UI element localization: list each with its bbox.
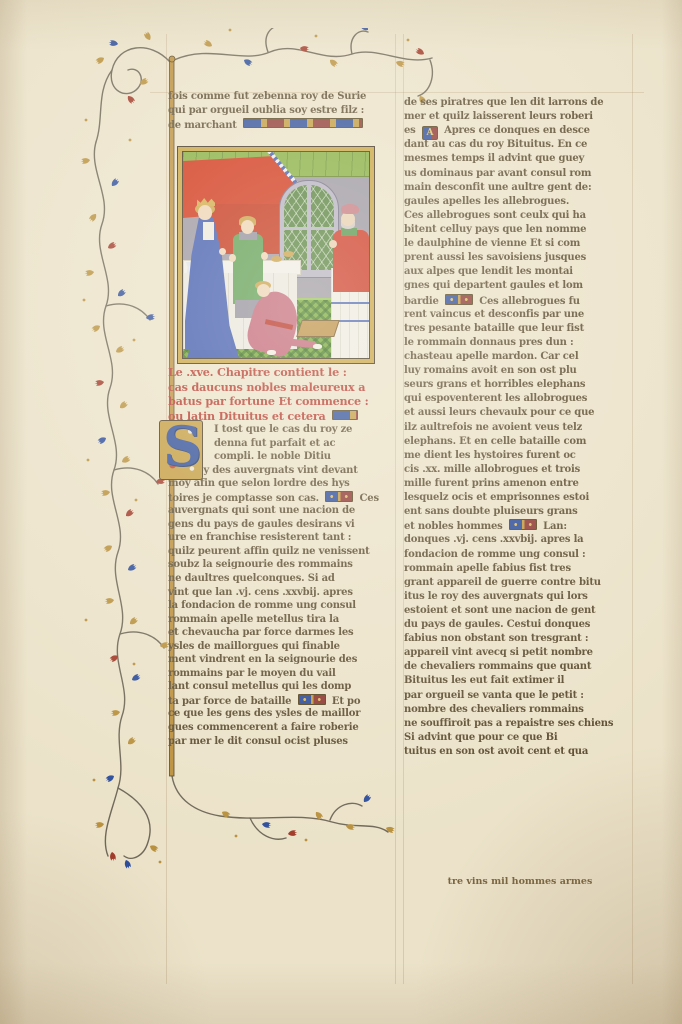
text-run: bitent celluy pays que len nomme — [404, 224, 586, 235]
text-line: le rommain donnaus pres dun : — [404, 336, 634, 350]
line-filler — [332, 410, 358, 420]
text-line: de chevaliers rommains que quant — [404, 660, 634, 674]
text-run: ment vindrent en la seignourie des — [168, 654, 357, 665]
text-run: Apres ce donques en desce — [441, 125, 590, 136]
text-line: soubz la seignourie des rommains — [168, 558, 394, 572]
text-run: lesquelz ocis et emprisonnes estoi — [404, 492, 589, 503]
text-line: seurs grans et horribles elephans — [404, 378, 634, 392]
red-lord-collar — [341, 228, 357, 236]
text-line: dant au cas du roy Bituitus. En ce — [404, 138, 634, 152]
text-line: grant appareil de guerre contre bitu — [404, 576, 634, 590]
text-run: ce que les gens des ysles de maillor — [168, 708, 360, 719]
red-lord-face — [341, 212, 355, 226]
paraph-mark — [509, 519, 537, 530]
text-line: lesquelz ocis et emprisonnes estoi — [404, 491, 634, 505]
text-line: vint que lan .vj. cens .xxvbij. apres — [168, 586, 394, 600]
text-line: rommain apelle metellus tira la — [168, 613, 394, 627]
text-line: la fondacion de romme ung consul — [168, 599, 394, 613]
text-run: gnes qui departent gaules et lom — [404, 280, 583, 291]
bread-loaf — [271, 256, 282, 262]
text-run: ne souffiroit pas a repaistre ses chiens — [404, 718, 613, 729]
text-line: par mer le dit consul ocist pluses — [168, 735, 394, 749]
text-line: de marchant — [168, 118, 394, 132]
text-line: toires je comptasse son cas. Ces — [168, 491, 394, 505]
text-run: de marchant — [168, 120, 240, 131]
text-run: cis .xx. mille allobrogues et trois — [404, 464, 580, 475]
text-run: ta par force de bataille — [168, 696, 295, 707]
text-line: ysles de maillorgues qui finable — [168, 640, 394, 654]
text-run: lant consul metellus qui les domp — [168, 681, 351, 692]
text-line: rent vaincus et desconfis par une — [404, 308, 634, 322]
text-line: qui par orgueil oublia soy estre filz : — [168, 104, 394, 118]
text-run: vint que lan .vj. cens .xxvbij. apres — [168, 587, 353, 598]
text-run: gues commencerent a faire roberie — [168, 722, 359, 733]
manuscript-page: fois comme fut zebenna roy de Suriequi p… — [0, 0, 682, 1024]
text-line: mer et quilz laisserent leurs roberi — [404, 110, 634, 124]
text-line: rommain apelle fabius fist tres — [404, 562, 634, 576]
text-run: par orgueil se vanta que le petit : — [404, 690, 584, 701]
text-run: Ces allebrogues sont ceulx qui ha — [404, 210, 586, 221]
text-line: batus par fortune Et commence : — [168, 394, 394, 409]
text-run: seurs grans et horribles elephans — [404, 379, 585, 390]
text-run: soubz la seignourie des rommains — [168, 559, 353, 570]
paraph-mark — [445, 294, 473, 305]
courtier-hand — [261, 252, 268, 260]
text-run: elephans. Et en celle bataille com — [404, 436, 586, 447]
catchword: tre vins mil hommes armes — [430, 876, 610, 887]
text-line: mille furent prins amenon entre — [404, 477, 634, 491]
text-line: gens du pays de gaules desirans vi — [168, 518, 394, 532]
text-line: elephans. Et en celle bataille com — [404, 435, 634, 449]
text-run: chasteau apelle mardon. Car cel — [404, 351, 578, 362]
text-line: rommains par le moyen du vail — [168, 667, 394, 681]
text-line: appareil vint avecq si petit nombre — [404, 646, 634, 660]
text-line: donques .vj. cens .xxvbij. apres la — [404, 533, 634, 547]
text-run: rommain apelle metellus tira la — [168, 614, 339, 625]
red-lord-figure — [333, 230, 369, 292]
text-run: denna fut parfait et ac — [214, 438, 335, 449]
text-line: ent sans doubte pluiseurs grans — [404, 505, 634, 519]
text-run: aux alpes que lendit les montai — [404, 266, 573, 277]
servant-foot — [267, 350, 276, 355]
text-line: et nobles hommes Lan: — [404, 519, 634, 533]
line-filler — [243, 118, 363, 128]
text-line: du pays de gaules. Cestui donques — [404, 618, 634, 632]
text-run: grant appareil de guerre contre bitu — [404, 577, 601, 588]
text-line: estoient et sont une nacion de gent — [404, 604, 634, 618]
text-line: prent aussi les savoisiens jusques — [404, 251, 634, 265]
text-run: qui par orgueil oublia soy estre filz : — [168, 105, 364, 116]
window-transom — [284, 227, 334, 230]
text-run: rommains par le moyen du vail — [168, 668, 336, 679]
initial-letter: S — [163, 414, 202, 478]
red-lord-hand — [329, 240, 337, 248]
text-line: luy romains avoit en son ost plu — [404, 364, 634, 378]
text-line: par orgueil se vanta que le petit : — [404, 689, 634, 703]
text-line: auvergnats qui sont une nacion de — [168, 504, 394, 518]
text-run: de ses piratres que len dit larrons de — [404, 97, 603, 108]
servant-head — [257, 284, 270, 297]
text-line: le daulphine de vienne Et si com — [404, 237, 634, 251]
text-run: ysles de maillorgues qui finable — [168, 641, 340, 652]
text-line: cis .xx. mille allobrogues et trois — [404, 463, 634, 477]
text-line: fabius non obstant son tresgrant : — [404, 632, 634, 646]
servant-foot — [313, 344, 322, 349]
text-run: et nobles hommes — [404, 521, 506, 532]
text-line: me dient les hystoires furent oc — [404, 449, 634, 463]
text-run: itus le roy des auvergnats qui lors — [404, 591, 588, 602]
text-run: appareil vint avecq si petit nombre — [404, 647, 593, 658]
text-line: ne souffiroit pas a repaistre ses chiens — [404, 717, 634, 731]
courtier-face — [241, 220, 254, 234]
text-run: fabius non obstant son tresgrant : — [404, 633, 588, 644]
text-line: Bituitus les eut fait extimer il — [404, 674, 634, 688]
text-run: tres pesante bataille que leur fist — [404, 323, 584, 334]
text-line: us dominaus par avant consul rom — [404, 167, 634, 181]
text-line: ta par force de bataille Et po — [168, 694, 394, 708]
bread-loaf — [283, 251, 294, 257]
text-run: main desconfit une aultre gent de: — [404, 182, 591, 193]
text-run: du pays de gaules. Cestui donques — [404, 619, 590, 630]
text-line: ce que les gens des ysles de maillor — [168, 707, 394, 721]
text-line: main desconfit une aultre gent de: — [404, 181, 634, 195]
text-run: Et po — [329, 696, 361, 707]
text-run: Lan: — [540, 521, 567, 532]
text-run: Bituitus les eut fait extimer il — [404, 675, 564, 686]
text-line: bitent celluy pays que len nomme — [404, 223, 634, 237]
text-run: toires je comptasse son cas. — [168, 493, 322, 504]
text-line: aux alpes que lendit les montai — [404, 265, 634, 279]
text-line: es A Apres ce donques en desce — [404, 124, 634, 138]
text-line: ure en franchise resisterent tant : — [168, 531, 394, 545]
text-run: es — [404, 125, 419, 136]
miniature-frame — [177, 146, 375, 364]
text-run: rommain apelle fabius fist tres — [404, 563, 571, 574]
right-column: de ses piratres que len dit larrons deme… — [404, 96, 634, 759]
text-run: le rommain donnaus pres dun : — [404, 337, 573, 348]
text-run: quilz peurent affin quilz ne venissent — [168, 546, 370, 557]
text-run: qui espoventerent les allobrogues — [404, 393, 587, 404]
text-line: nombre des chevaliers rommains — [404, 703, 634, 717]
text-line: ment vindrent en la seignourie des — [168, 653, 394, 667]
text-line: mesmes temps il advint que guey — [404, 152, 634, 166]
text-run: tuitus en son ost avoit cent et qua — [404, 746, 588, 757]
text-line: chasteau apelle mardon. Car cel — [404, 350, 634, 364]
text-run: compli. le noble Ditiu — [214, 451, 331, 462]
text-run: ne daultres quelconques. Si ad — [168, 573, 335, 584]
text-run: estoient et sont une nacion de gent — [404, 605, 595, 616]
text-run: Ces allebrogues fu — [476, 296, 580, 307]
text-line: tres pesante bataille que leur fist — [404, 322, 634, 336]
text-run: et aussi leurs chevaulx pour ce que — [404, 407, 594, 418]
text-run: fondacion de romme ung consul : — [404, 549, 586, 560]
courtier-hand — [229, 254, 236, 262]
text-run: gens du pays de gaules desirans vi — [168, 519, 354, 530]
text-line: lant consul metellus qui les domp — [168, 680, 394, 694]
illuminated-initial-s: S — [159, 420, 203, 480]
left-column-top-lines: fois comme fut zebenna roy de Suriequi p… — [168, 90, 394, 131]
queen-face — [198, 205, 212, 220]
text-line: fois comme fut zebenna roy de Surie — [168, 90, 394, 104]
text-run: de chevaliers rommains que quant — [404, 661, 591, 672]
text-run: bardie — [404, 296, 442, 307]
text-line: Le .xve. Chapitre contient le : — [168, 365, 394, 380]
text-line: et aussi leurs chevaulx pour ce que — [404, 406, 634, 420]
text-run: dant au cas du roy Bituitus. En ce — [404, 139, 587, 150]
paraph-mark — [298, 694, 326, 705]
text-run: ent sans doubte pluiseurs grans — [404, 506, 578, 517]
queen-hand — [219, 248, 226, 255]
text-line: gnes qui departent gaules et lom — [404, 279, 634, 293]
text-run: batus par fortune Et commence : — [168, 394, 369, 408]
text-run: luy romains avoit en son ost plu — [404, 365, 577, 376]
text-line: itus le roy des auvergnats qui lors — [404, 590, 634, 604]
text-run: Le .xve. Chapitre contient le : — [168, 365, 347, 379]
text-run: mesmes temps il advint que guey — [404, 153, 584, 164]
text-run: gaules apelles les allebrogues. — [404, 196, 569, 207]
text-run: I tost que le cas du roy ze — [214, 424, 352, 435]
text-line: qui espoventerent les allobrogues — [404, 392, 634, 406]
text-run: ure en franchise resisterent tant : — [168, 532, 351, 543]
bench — [296, 320, 340, 337]
text-run: fois comme fut zebenna roy de Surie — [168, 91, 366, 102]
text-line: quilz peurent affin quilz ne venissent — [168, 545, 394, 559]
text-run: Si advint que pour ce que Bi — [404, 732, 557, 743]
text-run: mer et quilz laisserent leurs roberi — [404, 111, 593, 122]
text-run: Ces — [356, 493, 379, 504]
text-line: ilz aultrefois ne avoient veus telz — [404, 421, 634, 435]
text-run: ilz aultrefois ne avoient veus telz — [404, 422, 582, 433]
text-line: gues commencerent a faire roberie — [168, 721, 394, 735]
text-line: et chevaucha par force darmes les — [168, 626, 394, 640]
text-run: us dominaus par avant consul rom — [404, 168, 591, 179]
text-line: bardie Ces allebrogues fu — [404, 294, 634, 308]
text-line: Si advint que pour ce que Bi — [404, 731, 634, 745]
text-run: prent aussi les savoisiens jusques — [404, 252, 586, 263]
text-run: mille furent prins amenon entre — [404, 478, 579, 489]
red-lord-hat — [341, 204, 359, 214]
text-line: gaules apelles les allebrogues. — [404, 195, 634, 209]
miniature-banquet-scene — [182, 151, 370, 359]
text-run: par mer le dit consul ocist pluses — [168, 736, 348, 747]
text-run: le daulphine de vienne Et si com — [404, 238, 580, 249]
text-line: fondacion de romme ung consul : — [404, 548, 634, 562]
text-run: me dient les hystoires furent oc — [404, 450, 576, 461]
text-line: tuitus en son ost avoit cent et qua — [404, 745, 634, 759]
queen-bodice — [203, 222, 214, 240]
paraph-mark — [325, 491, 353, 502]
text-line: cas daucuns nobles maleureux a — [168, 380, 394, 395]
text-run: cas daucuns nobles maleureux a — [168, 380, 365, 394]
text-run: auvergnats qui sont une nacion de — [168, 505, 355, 516]
text-run: nombre des chevaliers rommains — [404, 704, 584, 715]
text-line: Ces allebrogues sont ceulx qui ha — [404, 209, 634, 223]
text-run: rent vaincus et desconfis par une — [404, 309, 584, 320]
text-run: donques .vj. cens .xxvbij. apres la — [404, 534, 583, 545]
text-run: la fondacion de romme ung consul — [168, 600, 356, 611]
text-line: de ses piratres que len dit larrons de — [404, 96, 634, 110]
text-line: ne daultres quelconques. Si ad — [168, 572, 394, 586]
text-run: et chevaucha par force darmes les — [168, 627, 353, 638]
